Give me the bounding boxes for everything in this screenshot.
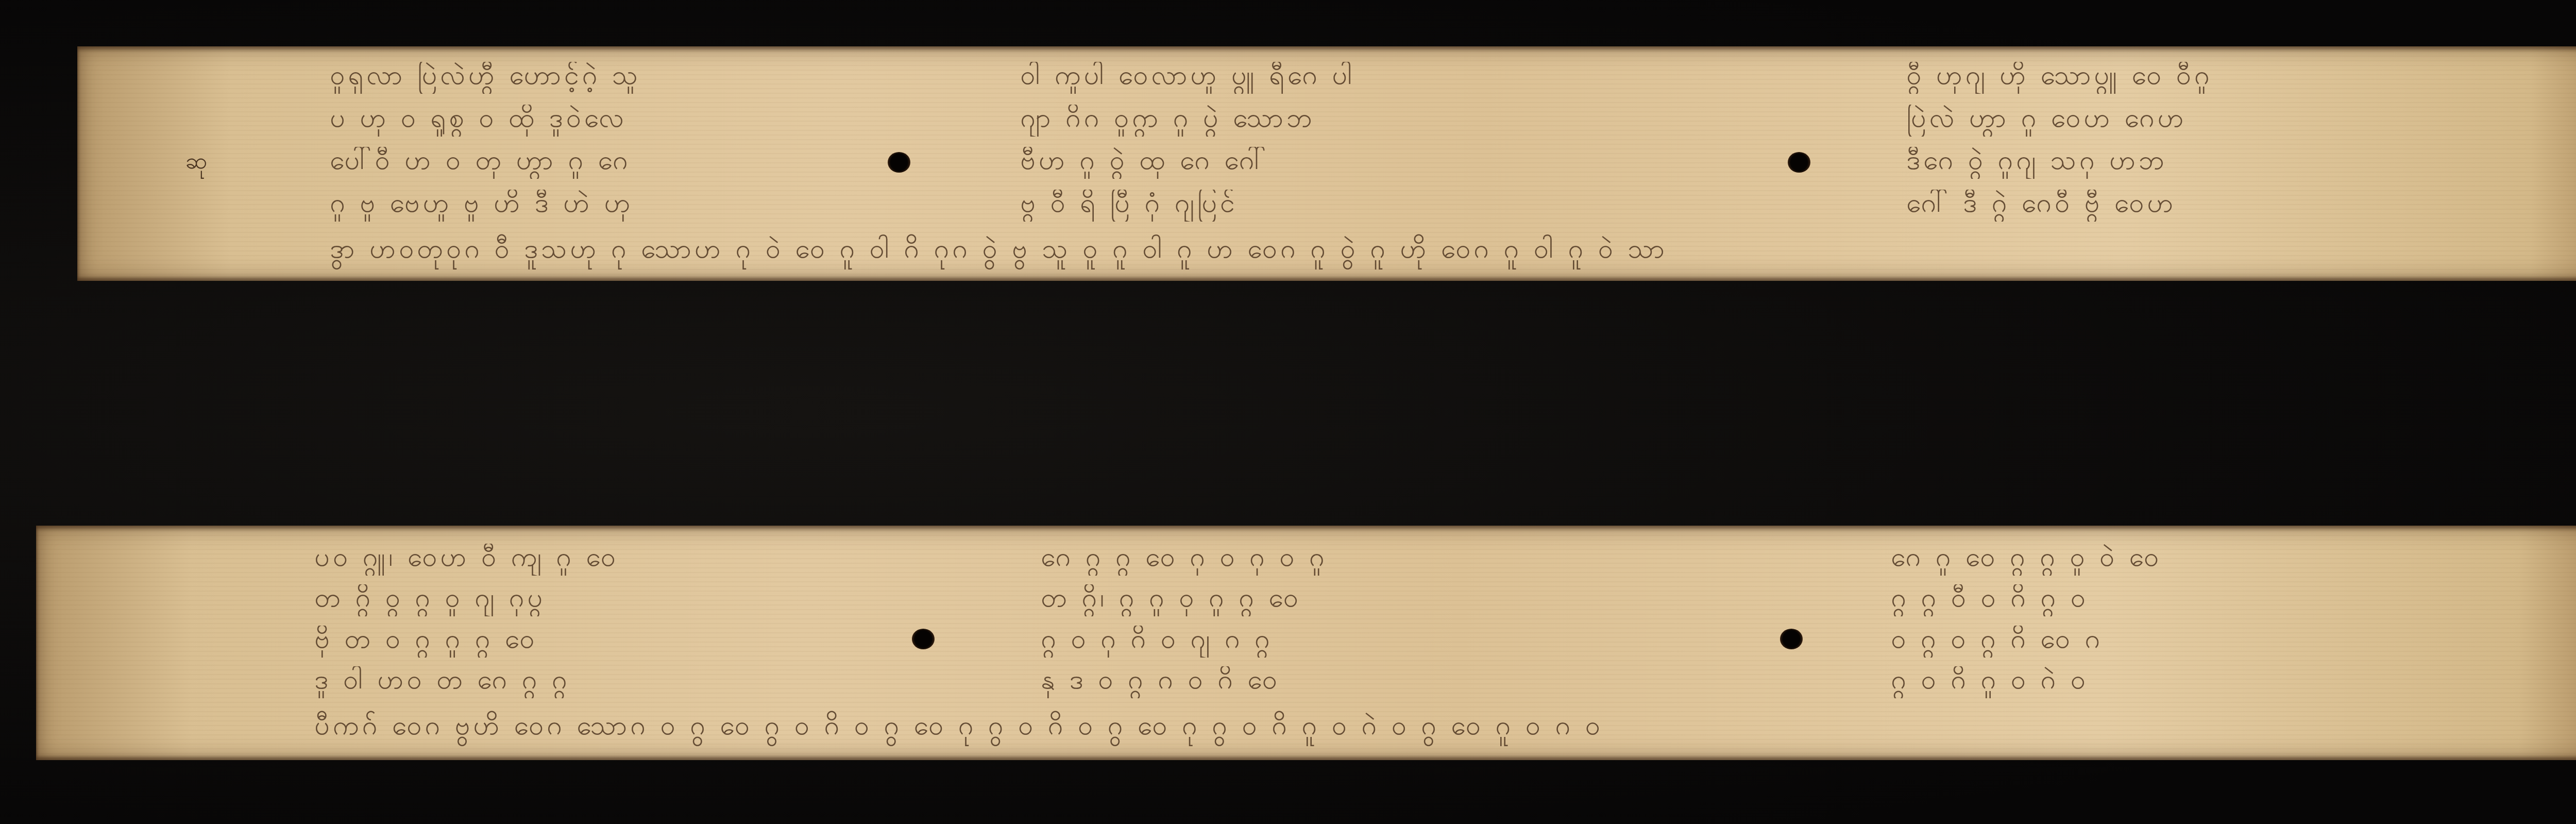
script-line: နု ဒ ဝ ဂွ ဂ ဝ ဂိ ဝေ — [1041, 666, 1788, 698]
binding-hole — [888, 152, 910, 173]
text-block-right: ဝွီ ဟုဂျ ဟို သောပွူ ဝေ ဝီဂူ ပြဲလဲ ဟွာ ဂူ… — [1906, 62, 2576, 222]
script-line: ဝွီ ဟုဂျ ဟို သောပွူ ဝေ ဝီဂူ — [1906, 62, 2576, 94]
text-block-left: ဝူရှလာ ပြဲလဲဟွီ ဟောင့်ဂဲ့ သူ ပ ဟု ဝ ရူစွ… — [330, 62, 835, 222]
script-line: ဗွ ဝီ ရိ ပြီ ဂုံ ဂျပြင် — [1020, 190, 1716, 222]
palm-leaf-bottom: ပဝ ဂွူ၊ ဝေဟ ဝီ ကျ ဂူ ဝေ တ ဂွိ ဝွ ဂွ ဝူ ဂ… — [36, 526, 2576, 760]
text-block-middle: ဝါ ကူပါ ဝေလာဟူ ပွူ ရီဂေ ပါ ဂျာ ဂိဂ ဝူဂွာ… — [1020, 62, 1716, 222]
binding-hole — [912, 629, 935, 649]
script-line: ဂွ ဝ ဂု ဂိ ဝ ဂျ ဂ ဂွ — [1041, 626, 1788, 658]
script-line: ဂွ ဝ ဂိ ဂူ ဝ ဂဲ ဝ — [1891, 666, 2571, 698]
script-line: ဗီဟ ဂူ ဝွဲ ထု ဂေ ဂေါ် — [1020, 147, 1716, 179]
text-block-middle: ဂေ ဂွ ဂွ ဝေ ဂု ဝ ဂု ဝ ဂူ တ ဂွိ၊ ဂွ ဂူ ဝု… — [1041, 544, 1788, 698]
script-line: ပဝ ဂွူ၊ ဝေဟ ဝီ ကျ ဂူ ဝေ — [314, 544, 835, 576]
script-line: ဂျာ ဂိဂ ဝူဂွာ ဂူ ပွဲ သောဘ — [1020, 105, 1716, 137]
script-line: ဂေ ဂူ ဝေ ဂွ ဂွ ဝူ ဝဲ ဝေ — [1891, 544, 2571, 576]
binding-hole — [1788, 152, 1810, 173]
script-line-full: ပီကဂ် ဝေဂ ဗွဟိ ဝေဂ သောဂ ဝ ဂွ ဝေ ဂွ ဝ ဂိ … — [314, 709, 2571, 748]
script-line: တ ဂွိ ဝွ ဂွ ဝူ ဂျ ဂုပွ — [314, 584, 835, 616]
binding-hole — [1780, 629, 1803, 649]
text-block-right: ဂေ ဂူ ဝေ ဂွ ဂွ ဝူ ဝဲ ဝေ ဂွ ဂွ ဝီ ဝ ဂိ ဂွ… — [1891, 544, 2571, 698]
script-line: ဝူရှလာ ပြဲလဲဟွီ ဟောင့်ဂဲ့ သူ — [330, 62, 835, 94]
script-line: ဝ ဂွ ဝ ဂွ ဂိ ဝေ ဂ — [1891, 626, 2571, 658]
script-line: ပြဲလဲ ဟွာ ဂူ ဝေဟ ဂေဟ — [1906, 105, 2576, 137]
script-line: ပေါ်ဝီ ဟ ဝ တု ဟွာ ဂူ ဂေ — [330, 147, 835, 179]
script-line: ဂွ ဂွ ဝီ ဝ ဂိ ဂွ ဝ — [1891, 584, 2571, 616]
script-line: ဒီဂေ ဝွဲ ဂူဂျ သဂု ဟဘ — [1906, 147, 2576, 179]
script-line-full: ဒွာ ဟဝတုဝုဂ ဝီ ဒူသဟု ဂု သောဟ ဂု ဝဲ ဝေ ဂူ… — [330, 232, 2576, 271]
script-line: ဂူ ဗူ ဗေဟူ ဗူ ဟိ ဒီ ဟဲ ဟု — [330, 190, 835, 222]
page-marker: ဆု — [185, 147, 208, 180]
script-line: ဒူ ဝါ ဟဝ တ ဂေ ဂွ ဂွ — [314, 666, 835, 698]
script-line: ဝါ ကူပါ ဝေလာဟူ ပွူ ရီဂေ ပါ — [1020, 62, 1716, 94]
text-block-left: ပဝ ဂွူ၊ ဝေဟ ဝီ ကျ ဂူ ဝေ တ ဂွိ ဝွ ဂွ ဝူ ဂ… — [314, 544, 835, 698]
script-line: ဂေါ် ဒီ ဂွဲ ဂေဝီ ဗွီ ဝေဟ — [1906, 190, 2576, 222]
script-line: ဂေ ဂွ ဂွ ဝေ ဂု ဝ ဂု ဝ ဂူ — [1041, 544, 1788, 576]
script-line: ဗို တ ဝ ဂွ ဂူ ဂွ ဝေ — [314, 626, 835, 658]
script-line: တ ဂွိ၊ ဂွ ဂူ ဝု ဂူ ဂွ ဝေ — [1041, 584, 1788, 616]
palm-leaf-top: ဆု ဝူရှလာ ပြဲလဲဟွီ ဟောင့်ဂဲ့ သူ ပ ဟု ဝ ရ… — [77, 46, 2576, 281]
script-line: ပ ဟု ဝ ရူစွ ဝ ထို ဒူဝဲလေ — [330, 105, 835, 137]
